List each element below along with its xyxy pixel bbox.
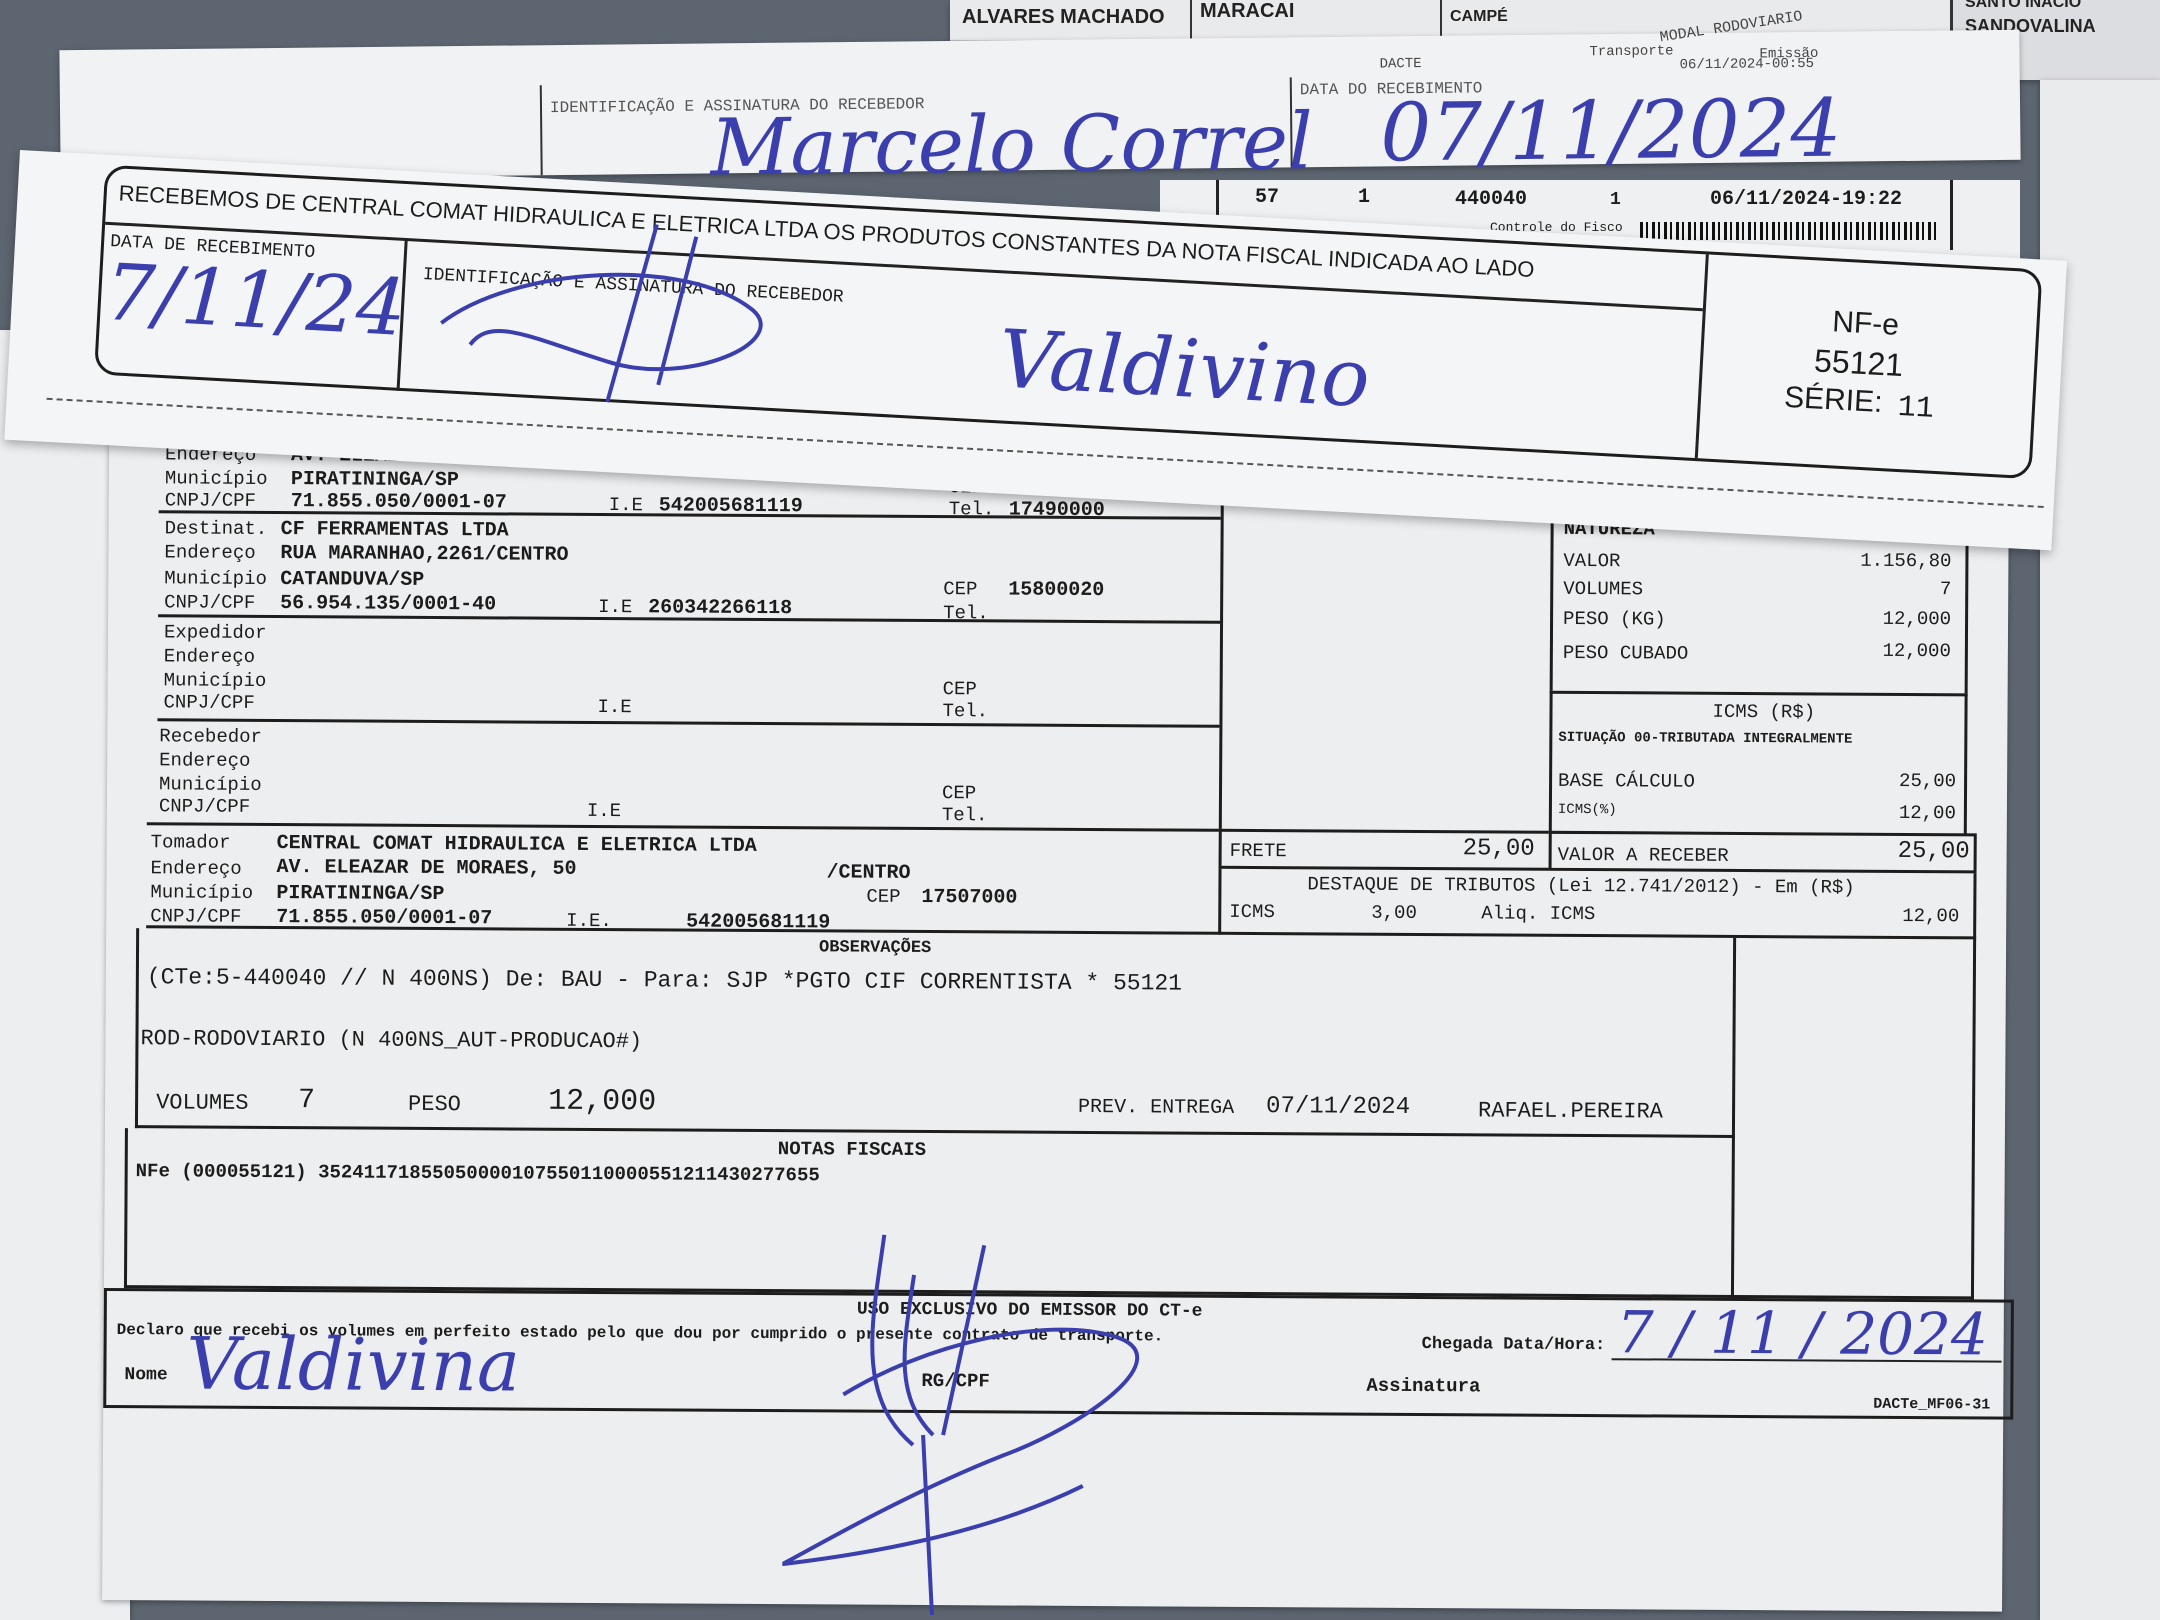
- observacoes-line-2: ROD-RODOVIARIO (N 400NS_AUT-PRODUCAO#): [140, 1026, 642, 1054]
- icms-box: ICMS (R$) SITUAÇÃO 00-TRIBUTADA INTEGRAL…: [1549, 691, 1968, 836]
- tributos-icms-label: ICMS: [1229, 901, 1275, 923]
- observacoes-side-box: [1734, 938, 1976, 1299]
- destinatario-name: CF FERRAMENTAS LTDA: [281, 518, 509, 542]
- signature-scribble: [427, 203, 797, 422]
- tomador-cnpj: 71.855.050/0001-07: [276, 906, 492, 930]
- peso-value: 12,000: [548, 1085, 656, 1120]
- table-cell: ALVARES MACHADO: [962, 6, 1165, 29]
- mercadoria-value: 12,000: [1883, 608, 1952, 630]
- icms-rate-label: ICMS(%): [1558, 802, 1617, 818]
- destinatario-address-label: Endereço: [164, 541, 255, 564]
- tomador-label: Tomador: [151, 831, 231, 853]
- tomador-box: Tomador CENTRAL COMAT HIDRAULICA E ELETR…: [146, 822, 1219, 935]
- handwritten-recipient-name: Marcelo Correl: [710, 97, 1313, 193]
- form-code: DACTe_MF06-31: [1873, 1396, 1990, 1414]
- volumes-value: 7: [298, 1085, 315, 1116]
- tributos-aliq-label: Aliq. ICMS: [1481, 902, 1595, 925]
- recebedor-city-label: Município: [159, 773, 262, 796]
- observacoes-line-1: (CTe:5-440040 // N 400NS) De: BAU - Para…: [147, 964, 1182, 996]
- handwritten-name: Valdivina: [186, 1321, 520, 1407]
- tomador-city: PIRATININGA/SP: [276, 882, 444, 906]
- expedidor-tel-label: Tel.: [942, 700, 988, 722]
- tomador-address-label: Endereço: [150, 857, 241, 880]
- dacte-model: 57: [1255, 186, 1279, 209]
- destinatario-cnpj-label: CNPJ/CPF: [164, 591, 255, 614]
- expedidor-label: Expedidor: [164, 621, 267, 644]
- nfe-serie-value: 11: [1897, 391, 1935, 427]
- name-label: Nome: [124, 1365, 167, 1385]
- remetente-city: PIRATININGA/SP: [291, 468, 459, 492]
- recebedor-cep-label: CEP: [942, 782, 976, 804]
- arrival-label: Chegada Data/Hora:: [1422, 1335, 1606, 1355]
- notas-fiscais-title: NOTAS FISCAIS: [778, 1138, 926, 1161]
- tomador-cep-label: CEP: [866, 886, 900, 908]
- destinatario-cep-label: CEP: [943, 578, 977, 600]
- peso-label: PESO: [408, 1092, 461, 1117]
- observacoes-title: OBSERVAÇÕES: [819, 938, 931, 958]
- mercadoria-value: 12,000: [1882, 640, 1951, 662]
- dacte-emission-datetime: 06/11/2024-19:22: [1710, 188, 1902, 211]
- tomador-name: CENTRAL COMAT HIDRAULICA E ELETRICA LTDA: [277, 832, 757, 858]
- destinatario-address: RUA MARANHAO,2261/CENTRO: [280, 542, 568, 567]
- table-cell: CAMPÉ: [1450, 8, 1508, 26]
- remetente-city-label: Município: [165, 467, 268, 490]
- nfe-label: NF-e: [1831, 305, 1899, 343]
- recebedor-label: Recebedor: [159, 725, 262, 748]
- mercadoria-label: PESO CUBADO: [1563, 642, 1689, 665]
- recebedor-box: Recebedor Endereço Município CNPJ/CPF I.…: [157, 718, 1220, 828]
- destinatario-ie-label: I.E: [598, 596, 632, 618]
- tomador-city-label: Município: [150, 881, 253, 904]
- recebedor-tel-label: Tel.: [942, 804, 988, 826]
- table-cell: MARACAI: [1200, 0, 1294, 23]
- observacoes-box: OBSERVAÇÕES (CTe:5-440040 // N 400NS) De…: [135, 928, 1736, 1138]
- destinatario-box: Destinat. CF FERRAMENTAS LTDA Endereço R…: [158, 510, 1221, 620]
- icms-title: ICMS (R$): [1712, 701, 1815, 724]
- emission-datetime: 06/11/2024-00:55: [1680, 56, 1815, 73]
- mercadoria-value: 1.156,80: [1860, 550, 1951, 573]
- icms-rate-value: 12,00: [1899, 802, 1956, 824]
- frete-total-value: 25,00: [1463, 835, 1535, 862]
- tomador-district: /CENTRO: [826, 861, 910, 885]
- tributos-title: DESTAQUE DE TRIBUTOS (Lei 12.741/2012) -…: [1307, 873, 1854, 898]
- tomador-cep: 17507000: [921, 886, 1017, 910]
- nfe-entry: NFe (000055121) 352411718550500001075501…: [136, 1160, 820, 1186]
- icms-base-label: BASE CÁLCULO: [1558, 770, 1695, 793]
- tomador-ie-label: I.E.: [566, 910, 612, 932]
- expedidor-box: Expedidor Endereço Município CNPJ/CPF I.…: [157, 614, 1220, 724]
- prev-entrega-value: 07/11/2024: [1266, 1093, 1410, 1121]
- barcode: [1640, 222, 1940, 240]
- dacte-serie: 1: [1358, 186, 1370, 209]
- icms-situation: SITUAÇÃO 00-TRIBUTADA INTEGRALMENTE: [1558, 730, 1852, 748]
- remetente-cnpj-label: CNPJ/CPF: [165, 489, 256, 512]
- receipt-handwritten-date: 7/11/24: [103, 248, 408, 354]
- tributos-aliq-value: 12,00: [1902, 905, 1959, 927]
- recebedor-cnpj-label: CNPJ/CPF: [159, 795, 250, 818]
- table-cell: SANTO INÁCIO: [1965, 0, 2081, 12]
- prev-entrega-label: PREV. ENTREGA: [1078, 1096, 1234, 1120]
- signature-label: Assinatura: [1366, 1375, 1480, 1398]
- tomador-cnpj-label: CNPJ/CPF: [150, 905, 241, 928]
- mercadoria-value: 7: [1940, 578, 1952, 600]
- destinatario-label: Destinat.: [165, 517, 268, 540]
- mercadoria-label: PESO (KG): [1563, 608, 1666, 631]
- dacte-number: 440040: [1455, 188, 1527, 211]
- expedidor-address-label: Endereço: [164, 645, 255, 668]
- tributos-box: DESTAQUE DE TRIBUTOS (Lei 12.741/2012) -…: [1218, 869, 1976, 940]
- handwritten-receipt-date: 07/11/2024: [1380, 82, 1842, 180]
- arrival-handwritten: 7 / 11 / 2024: [1617, 1298, 1989, 1368]
- nfe-number: 55121: [1813, 342, 1904, 384]
- background-dacte: IDENTIFICAÇÃO E ASSINATURA DO RECEBEDOR …: [59, 30, 2020, 181]
- destinatario-city-label: Município: [164, 567, 267, 590]
- tomador-address: AV. ELEAZAR DE MORAES, 50: [276, 856, 576, 881]
- destinatario-city: CATANDUVA/SP: [280, 568, 424, 592]
- recebedor-ie-label: I.E: [587, 800, 621, 822]
- receipt-handwritten-signature: Valdivino: [997, 312, 1372, 425]
- icms-base-value: 25,00: [1899, 770, 1956, 792]
- expedidor-cep-label: CEP: [943, 678, 977, 700]
- mercadoria-label: VOLUMES: [1563, 578, 1643, 600]
- valor-receber-box: VALOR A RECEBER 25,00: [1549, 831, 1977, 874]
- signature-scribble: [782, 1234, 1204, 1617]
- frete-total-label: FRETE: [1230, 840, 1287, 862]
- expedidor-ie-label: I.E: [597, 696, 631, 718]
- operator-name: RAFAEL.PEREIRA: [1478, 1098, 1663, 1124]
- expedidor-city-label: Município: [164, 669, 267, 692]
- destinatario-cnpj: 56.954.135/0001-40: [280, 592, 496, 616]
- nfe-serie-label: SÉRIE:: [1783, 381, 1883, 420]
- frete-total-box: FRETE 25,00: [1219, 829, 1549, 871]
- destinatario-cep: 15800020: [1008, 578, 1104, 602]
- recebedor-address-label: Endereço: [159, 749, 250, 772]
- mercadoria-label: VALOR: [1563, 550, 1620, 572]
- valor-receber-label: VALOR A RECEBER: [1558, 844, 1729, 867]
- volumes-label: VOLUMES: [156, 1090, 249, 1116]
- valor-receber-value: 25,00: [1898, 838, 1970, 865]
- dacte-folha: 1: [1610, 190, 1621, 210]
- expedidor-cnpj-label: CNPJ/CPF: [163, 691, 254, 714]
- tributos-icms-value: 3,00: [1371, 902, 1417, 924]
- dacte-label: DACTE: [1380, 56, 1422, 72]
